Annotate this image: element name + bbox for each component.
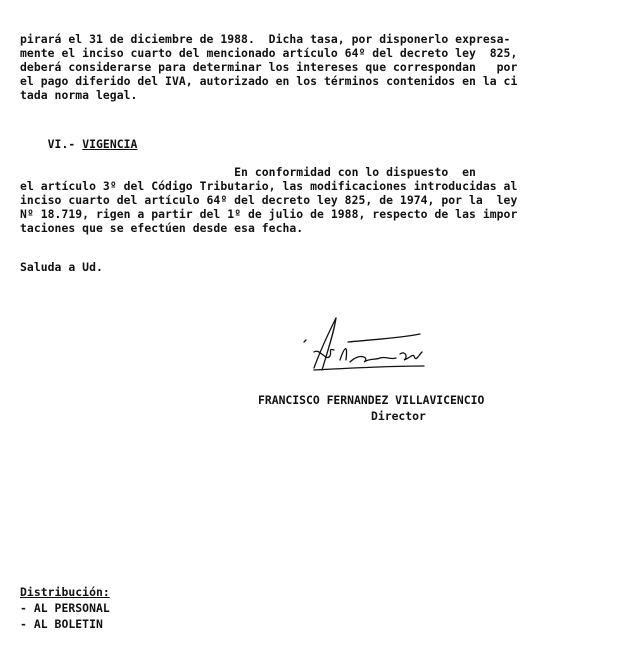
signatory-name: FRANCISCO FERNANDEZ VILLAVICENCIO xyxy=(258,393,484,407)
paragraph1-line: tada norma legal. xyxy=(20,89,137,102)
closing-salutation: Saluda a Ud. xyxy=(20,261,103,274)
signature-image xyxy=(300,312,440,382)
section-number: VI.- xyxy=(48,137,76,151)
paragraph1-line: deberá considerarse para determinar los … xyxy=(20,61,517,74)
distribution-item: - AL BOLETIN xyxy=(20,618,103,631)
paragraph1-line: pirará el 31 de diciembre de 1988. Dicha… xyxy=(20,33,510,46)
distribution-heading: Distribución: xyxy=(20,586,110,599)
signatory-title: Director xyxy=(371,409,426,423)
paragraph1-line: mente el inciso cuarto del mencionado ar… xyxy=(20,47,517,60)
paragraph1-line: el pago diferido del IVA, autorizado en … xyxy=(20,75,517,88)
document-page: pirará el 31 de diciembre de 1988. Dicha… xyxy=(0,0,630,661)
section-heading: VI.- VIGENCIA xyxy=(20,125,137,164)
paragraph2-line: En conformidad con lo dispuesto en xyxy=(20,166,476,179)
paragraph2-line: taciones que se efectúen desde esa fecha… xyxy=(20,222,303,235)
paragraph2-line: el artículo 3º del Código Tributario, la… xyxy=(20,180,517,193)
paragraph2-line: Nº 18.719, rigen a partir del 1º de juli… xyxy=(20,208,517,221)
paragraph2-line: inciso cuarto del artículo 64º del decre… xyxy=(20,194,517,207)
distribution-item: - AL PERSONAL xyxy=(20,602,110,615)
section-title: VIGENCIA xyxy=(82,137,137,151)
